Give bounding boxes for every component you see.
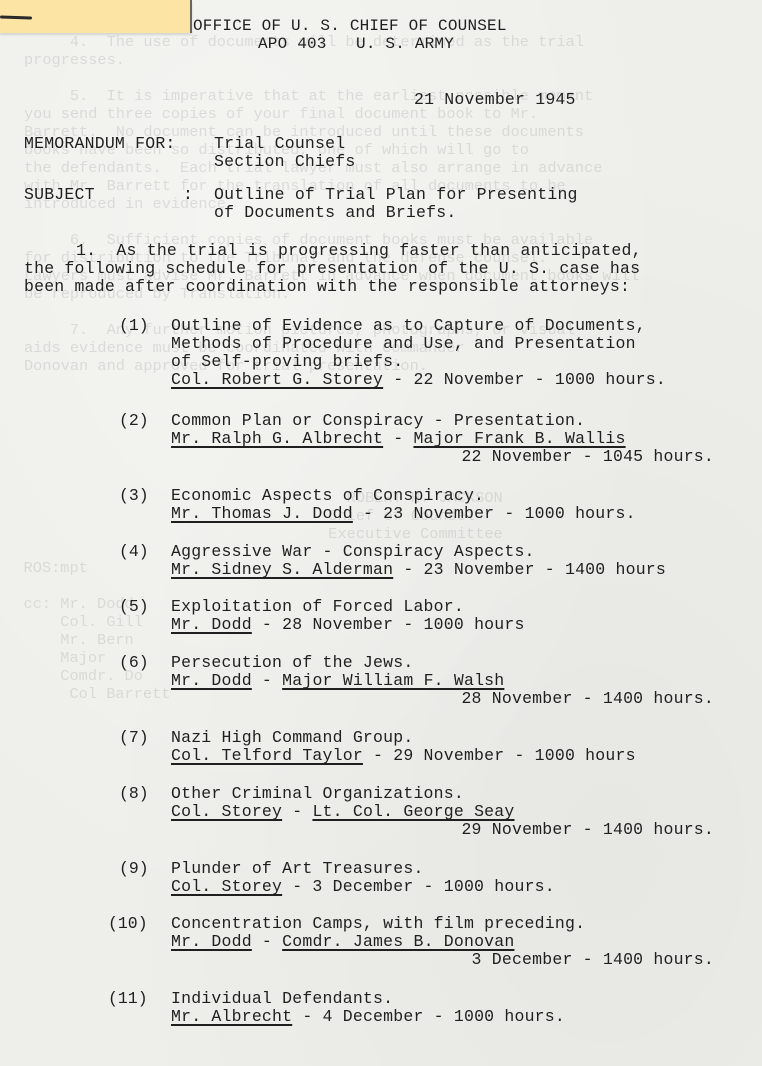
presenter-name: Mr. Thomas J. Dodd [171,504,353,523]
item-title: Methods of Procedure and Use, and Presen… [171,334,636,353]
item-number: (3) [119,486,149,505]
item-schedule-time: - 23 November - 1000 hours. [353,504,636,523]
sticky-note-tab [0,0,192,33]
memo-date: 21 November 1945 [414,90,576,109]
item-presenters: Col. Telford Taylor - 29 November - 1000… [171,746,636,765]
item-number: (7) [119,728,149,747]
item-number: (10) [108,914,148,933]
recipient-trial-counsel: Trial Counsel [214,134,345,153]
item-schedule-time: - 3 December - 1000 hours. [282,877,555,896]
item-schedule-time: - 4 December - 1000 hours. [292,1007,565,1026]
paragraph-1-line-2: the following schedule for presentation … [24,259,640,278]
subject-colon: : [183,185,193,204]
office-subheader: APO 403 U. S. ARMY [258,35,454,53]
item-presenters: Mr. Dodd - Comdr. James B. Donovan [171,932,514,951]
item-schedule-time: - 23 November - 1400 hours [393,560,666,579]
presenter-name: Major Frank B. Wallis [413,429,625,448]
presenter-name: Lt. Col. George Seay [312,802,514,821]
item-schedule-time: 3 December - 1400 hours. [472,950,714,969]
item-title: Economic Aspects of Conspiracy. [171,486,484,505]
item-presenters: Mr. Thomas J. Dodd - 23 November - 1000 … [171,504,636,523]
paper-background [0,0,762,1066]
item-number: (9) [119,859,149,878]
presenter-name: Mr. Albrecht [171,1007,292,1026]
item-schedule-time: - 29 November - 1000 hours [363,746,636,765]
presenter-name: Col. Storey [171,802,282,821]
item-number: (8) [119,784,149,803]
presenter-name: Comdr. James B. Donovan [282,932,514,951]
presenter-name: Mr. Ralph G. Albrecht [171,429,383,448]
item-number: (6) [119,653,149,672]
paragraph-1-line-3: been made after coordination with the re… [24,277,630,296]
pen-mark [0,15,32,19]
item-presenters: Mr. Dodd - Major William F. Walsh [171,671,504,690]
item-title: Plunder of Art Treasures. [171,859,424,878]
item-number: (11) [108,989,148,1008]
presenter-name: Col. Storey [171,877,282,896]
item-presenters: Mr. Ralph G. Albrecht - Major Frank B. W… [171,429,626,448]
presenter-name: Mr. Sidney S. Alderman [171,560,393,579]
item-presenters: Col. Robert G. Storey - 22 November - 10… [171,370,666,389]
item-schedule-time: 22 November - 1045 hours. [461,447,714,466]
item-title: Exploitation of Forced Labor. [171,597,464,616]
memo-for-label: MEMORANDUM FOR: [24,134,176,153]
item-schedule-time: 28 November - 1400 hours. [461,689,714,708]
item-number: (4) [119,542,149,561]
subject-line-1: Outline of Trial Plan for Presenting [214,185,578,204]
item-title: of Self-proving briefs. [171,352,403,371]
item-title: Concentration Camps, with film preceding… [171,914,585,933]
item-title: Other Criminal Organizations. [171,784,464,803]
item-title: Nazi High Command Group. [171,728,413,747]
item-title: Outline of Evidence as to Capture of Doc… [171,316,646,335]
office-header: OFFICE OF U. S. CHIEF OF COUNSEL [193,17,507,35]
subject-line-2: of Documents and Briefs. [214,203,456,222]
subject-label: SUBJECT [24,185,95,204]
item-title: Individual Defendants. [171,989,393,1008]
paragraph-1-line-1: 1. As the trial is progressing faster th… [76,241,642,260]
presenter-name: Mr. Dodd [171,671,252,690]
item-title: Persecution of the Jews. [171,653,413,672]
item-presenters: Mr. Dodd - 28 November - 1000 hours [171,615,525,634]
presenter-name: Major William F. Walsh [282,671,504,690]
item-schedule-time: - 22 November - 1000 hours. [383,370,666,389]
item-schedule-time: - 28 November - 1000 hours [252,615,525,634]
item-number: (1) [119,316,149,335]
item-presenters: Mr. Sidney S. Alderman - 23 November - 1… [171,560,666,579]
item-number: (2) [119,411,149,430]
presenter-name: Col. Robert G. Storey [171,370,383,389]
item-schedule-time: 29 November - 1400 hours. [461,820,714,839]
item-title: Aggressive War - Conspiracy Aspects. [171,542,535,561]
item-presenters: Mr. Albrecht - 4 December - 1000 hours. [171,1007,565,1026]
recipient-section-chiefs: Section Chiefs [214,152,355,171]
presenter-name: Mr. Dodd [171,932,252,951]
item-title: Common Plan or Conspiracy - Presentation… [171,411,585,430]
item-number: (5) [119,597,149,616]
presenter-name: Mr. Dodd [171,615,252,634]
presenter-name: Col. Telford Taylor [171,746,363,765]
item-presenters: Col. Storey - 3 December - 1000 hours. [171,877,555,896]
item-presenters: Col. Storey - Lt. Col. George Seay [171,802,514,821]
